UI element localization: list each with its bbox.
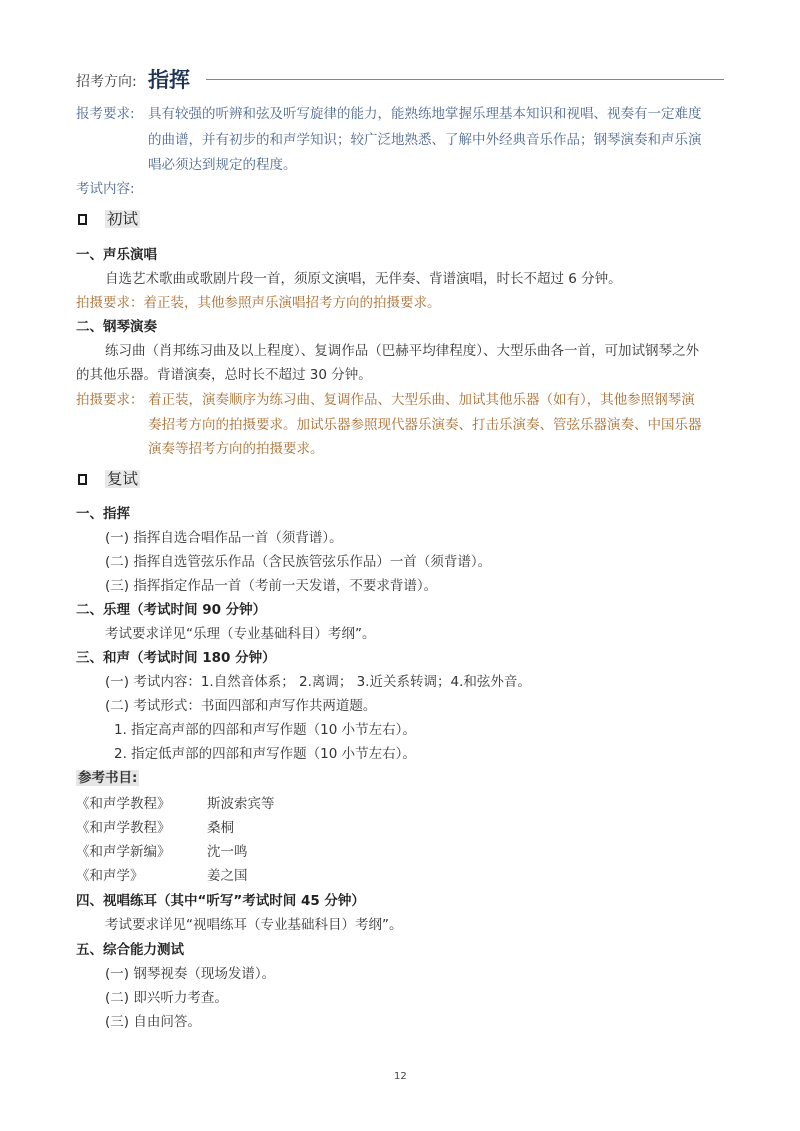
piano-filming-line: 着正装，演奏顺序为练习曲、复调作品、大型乐曲、加试其他乐器（如有），其他参照钢琴… — [148, 388, 695, 408]
harmony-subitem: 2. 指定低声部的四部和声写作题（10 小节左右）。 — [114, 742, 416, 762]
vocal-filming: 拍摄要求：着正装，其他参照声乐演唱招考方向的拍摄要求。 — [76, 291, 441, 311]
book-title: 《和声学教程》 — [76, 816, 171, 836]
book-author: 沈一鸣 — [207, 840, 248, 860]
section-final: 复试 — [78, 467, 140, 489]
conducting-item: (一) 指挥自选合唱作品一首（须背谱）。 — [105, 526, 343, 546]
piano-filming-label: 拍摄要求： — [76, 388, 144, 408]
comprehensive-item: (三) 自由问答。 — [105, 1010, 201, 1030]
piano-filming-line: 演奏等招考方向的拍摄要求。 — [148, 437, 324, 457]
book-title: 《和声学教程》 — [76, 792, 171, 812]
conducting-heading: 一、指挥 — [76, 502, 130, 522]
requirements-line: 的曲谱，并有初步的和声学知识；较广泛地熟悉、了解中外经典音乐作品；钢琴演奏和声乐… — [148, 128, 702, 148]
document-page: 招考方向: 指挥 报考要求: 具有较强的听辨和弦及听写旋律的能力，能熟练地掌握乐… — [0, 0, 800, 1131]
piano-heading: 二、钢琴演奏 — [76, 315, 157, 335]
exam-content-label: 考试内容: — [76, 177, 135, 197]
harmony-item: (一) 考试内容：1.自然音体系； 2.离调； 3.近关系转调；4.和弦外音。 — [105, 670, 531, 690]
requirements-label: 报考要求: — [76, 102, 135, 122]
book-author: 姜之国 — [207, 864, 248, 884]
harmony-item: (二) 考试形式：书面四部和声写作共两道题。 — [105, 694, 376, 714]
book-title: 《和声学》 — [76, 864, 144, 884]
header-divider — [206, 79, 724, 80]
section-title: 初试 — [105, 210, 140, 228]
book-author: 桑桐 — [207, 816, 234, 836]
section-preliminary: 初试 — [78, 207, 140, 229]
comprehensive-item: (一) 钢琴视奏（现场发谱）。 — [105, 962, 275, 982]
piano-text-line: 练习曲（肖邦练习曲及以上程度）、复调作品（巴赫平均律程度）、大型乐曲各一首，可加… — [105, 339, 699, 359]
conducting-item: (二) 指挥自选管弦乐作品（含民族管弦乐作品）一首（须背谱）。 — [105, 550, 491, 570]
requirements-line: 唱必须达到规定的程度。 — [148, 153, 297, 173]
comprehensive-heading: 五、综合能力测试 — [76, 938, 184, 958]
comprehensive-item: (二) 即兴听力考查。 — [105, 986, 228, 1006]
harmony-heading: 三、和声（考试时间 180 分钟） — [76, 646, 276, 666]
piano-filming-line: 奏招考方向的拍摄要求。加试乐器参照现代器乐演奏、打击乐演奏、管弦乐器演奏、中国乐… — [148, 413, 702, 433]
conducting-item: (三) 指挥指定作品一首（考前一天发谱，不要求背谱）。 — [105, 574, 437, 594]
checkbox-square-icon — [78, 214, 87, 225]
theory-text: 考试要求详见“乐理（专业基础科目）考纲”。 — [105, 622, 376, 642]
book-title: 《和声学新编》 — [76, 840, 171, 860]
book-author: 斯波索宾等 — [207, 792, 275, 812]
vocal-text: 自选艺术歌曲或歌剧片段一首，须原文演唱，无伴奏、背谱演唱，时长不超过 6 分钟。 — [105, 267, 622, 287]
section-title: 复试 — [105, 470, 140, 488]
solfege-heading: 四、视唱练耳（其中“听写”考试时间 45 分钟） — [76, 889, 365, 909]
vocal-heading: 一、声乐演唱 — [76, 243, 157, 263]
harmony-subitem: 1. 指定高声部的四部和声写作题（10 小节左右）。 — [114, 718, 416, 738]
checkbox-square-icon — [78, 474, 87, 485]
piano-text-line: 的其他乐器。背谱演奏，总时长不超过 30 分钟。 — [76, 363, 372, 383]
major-title: 指挥 — [148, 64, 190, 94]
requirements-line: 具有较强的听辨和弦及听写旋律的能力，能熟练地掌握乐理基本知识和视唱、视奏有一定难… — [148, 102, 702, 122]
page-number: 12 — [394, 1071, 407, 1082]
references-heading: 参考书目: — [76, 766, 139, 786]
solfege-text: 考试要求详见“视唱练耳（专业基础科目）考纲”。 — [105, 913, 403, 933]
direction-label: 招考方向: — [76, 71, 137, 91]
references-heading-text: 参考书目: — [76, 770, 139, 786]
theory-heading: 二、乐理（考试时间 90 分钟） — [76, 598, 266, 618]
